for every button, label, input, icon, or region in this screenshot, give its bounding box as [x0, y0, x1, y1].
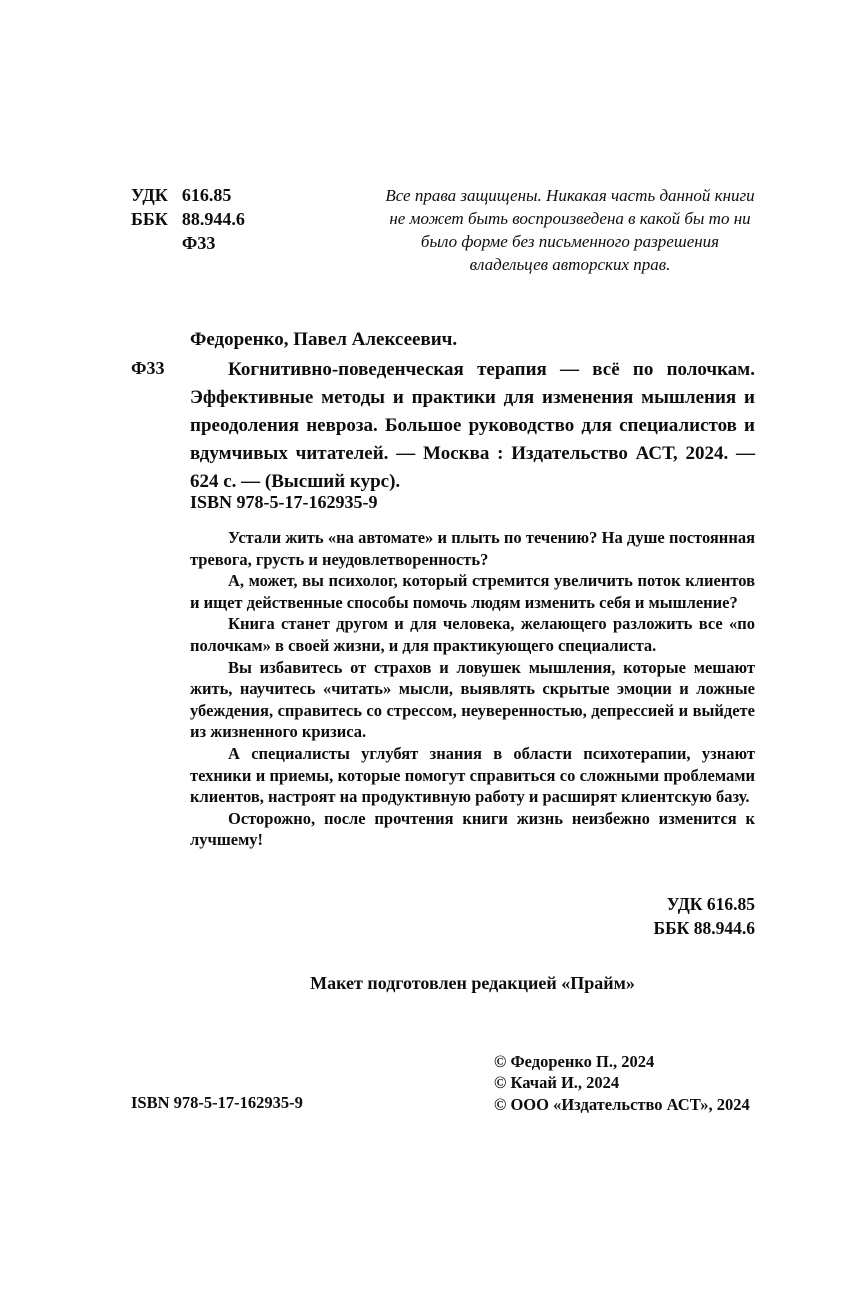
author-heading: Федоренко, Павел Алексеевич.: [190, 326, 457, 354]
book-imprint-page: УДК 616.85 ББК 88.944.6 Ф33 Все права за…: [0, 0, 844, 1311]
bibliographic-author-sign: Ф33: [131, 358, 164, 379]
annotation-paragraph: Устали жить «на автомате» и плыть по теч…: [190, 527, 755, 570]
bibliographic-entry: Когнитивно-поведенческая терапия — всё п…: [190, 356, 755, 496]
annotation-paragraph: Осторожно, после прочтения книги жизнь н…: [190, 808, 755, 851]
bibliographic-block: Ф33 Когнитивно-поведенческая терапия — в…: [131, 356, 755, 496]
annotation: Устали жить «на автомате» и плыть по теч…: [190, 527, 755, 851]
copyright-line: © ООО «Издательство АСТ», 2024: [494, 1094, 750, 1115]
copyright-line: © Федоренко П., 2024: [494, 1051, 750, 1072]
udk-label: УДК: [131, 183, 168, 207]
copyright-line: © Качай И., 2024: [494, 1072, 750, 1093]
author-sign-spacer: [131, 231, 168, 255]
copyright-block: © Федоренко П., 2024 © Качай И., 2024 © …: [494, 1051, 750, 1115]
top-classification-codes: УДК 616.85 ББК 88.944.6 Ф33: [131, 183, 245, 255]
imprint-line: Макет подготовлен редакцией «Прайм»: [190, 973, 755, 994]
isbn-top: ISBN 978-5-17-162935-9: [190, 492, 378, 513]
bottom-classification-codes: УДК 616.85 ББК 88.944.6: [654, 892, 755, 940]
bbk-value: 88.944.6: [182, 207, 245, 231]
bbk-label: ББК: [131, 207, 168, 231]
annotation-paragraph: Вы избавитесь от страхов и ловушек мышле…: [190, 657, 755, 743]
annotation-paragraph: А, может, вы психолог, который стремится…: [190, 570, 755, 613]
udk-code-bottom: УДК 616.85: [654, 892, 755, 916]
isbn-bottom: ISBN 978-5-17-162935-9: [131, 1093, 303, 1113]
author-sign: Ф33: [182, 231, 245, 255]
annotation-paragraph: А специалисты углубят знания в области п…: [190, 743, 755, 808]
udk-value: 616.85: [182, 183, 245, 207]
rights-notice: Все права защищены. Никакая часть данной…: [383, 184, 757, 276]
annotation-paragraph: Книга станет другом и для человека, жела…: [190, 613, 755, 656]
bbk-code-bottom: ББК 88.944.6: [654, 916, 755, 940]
